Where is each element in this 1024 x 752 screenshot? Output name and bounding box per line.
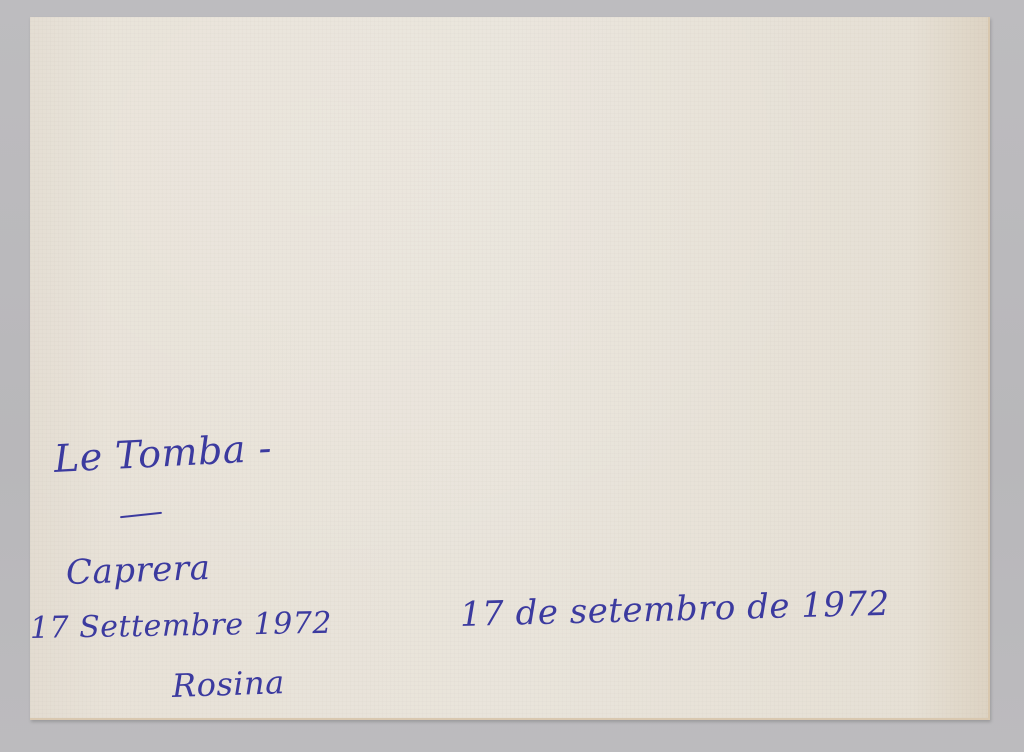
inscription-signature: Rosina bbox=[171, 663, 285, 705]
photo-background: Le Tomba - Caprera 17 Settembre 1972 Ros… bbox=[0, 0, 1024, 752]
inscription-place-name: Le Tomba - bbox=[53, 426, 273, 481]
inscription-date-portuguese: 17 de setembro de 1972 bbox=[459, 584, 890, 635]
photo-card-back: Le Tomba - Caprera 17 Settembre 1972 Ros… bbox=[30, 17, 990, 720]
inscription-location: Caprera bbox=[65, 548, 211, 593]
ink-underline-stroke bbox=[120, 512, 162, 518]
inscription-date-italian: 17 Settembre 1972 bbox=[30, 606, 333, 646]
